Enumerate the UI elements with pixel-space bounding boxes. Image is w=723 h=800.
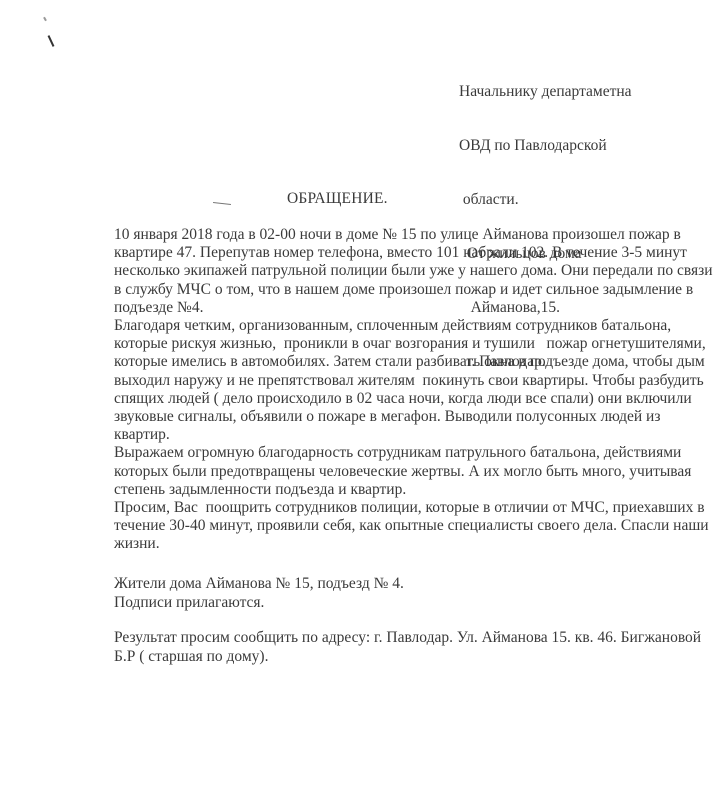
body-line: подъезде №4.: [114, 299, 714, 317]
document-title: ОБРАЩЕНИЕ.: [287, 190, 388, 208]
body-line: которых были предотвращены человеческие …: [114, 463, 714, 481]
addressee-line: ОВД по Павлодарской: [459, 137, 632, 155]
body-line: течение 30-40 минут, проявили себя, как …: [114, 517, 714, 535]
body-line: которые имелись в автомобилях. Затем ста…: [114, 353, 714, 371]
body-line: спящих людей ( дело происходило в 02 час…: [114, 390, 714, 408]
signature-block: Жители дома Айманова № 15, подъезд № 4. …: [114, 574, 701, 666]
body-line: Выражаем огромную благодарность сотрудни…: [114, 444, 714, 462]
body-line: 10 января 2018 года в 02-00 ночи в доме …: [114, 226, 714, 244]
scan-artifact-mark: [43, 17, 47, 21]
reply-address-line: Результат просим сообщить по адресу: г. …: [114, 628, 701, 647]
body-line: выходил наружу и не препятствовал жителя…: [114, 372, 714, 390]
scan-artifact-mark: [48, 35, 55, 47]
body-line: Просим, Вас поощрить сотрудников полиции…: [114, 499, 714, 517]
body-line: в службу МЧС о том, что в нашем доме про…: [114, 281, 714, 299]
residents-line: Жители дома Айманова № 15, подъезд № 4.: [114, 574, 701, 593]
body-line: которые рискуя жизнью, проникли в очаг в…: [114, 335, 714, 353]
reply-address-line: Б.Р ( старшая по дому).: [114, 647, 701, 666]
body-line: квартире 47. Перепутав номер телефона, в…: [114, 244, 714, 262]
body-line: звуковые сигналы, объявили о пожаре в ме…: [114, 408, 714, 426]
addressee-line: области.: [459, 191, 632, 209]
attachments-line: Подписи прилагаются.: [114, 593, 701, 612]
addressee-line: Начальнику департаметна: [459, 83, 632, 101]
body-line: жизни.: [114, 535, 714, 553]
body-line: Благодаря четким, организованным, сплоче…: [114, 317, 714, 335]
scan-artifact-dash: [213, 202, 231, 205]
spacer: [114, 612, 701, 628]
body-line: степень задымленности подъезда и квартир…: [114, 481, 714, 499]
document-body: 10 января 2018 года в 02-00 ночи в доме …: [114, 226, 714, 554]
body-line: квартир.: [114, 426, 714, 444]
body-line: несколько экипажей патрульной полиции бы…: [114, 262, 714, 280]
